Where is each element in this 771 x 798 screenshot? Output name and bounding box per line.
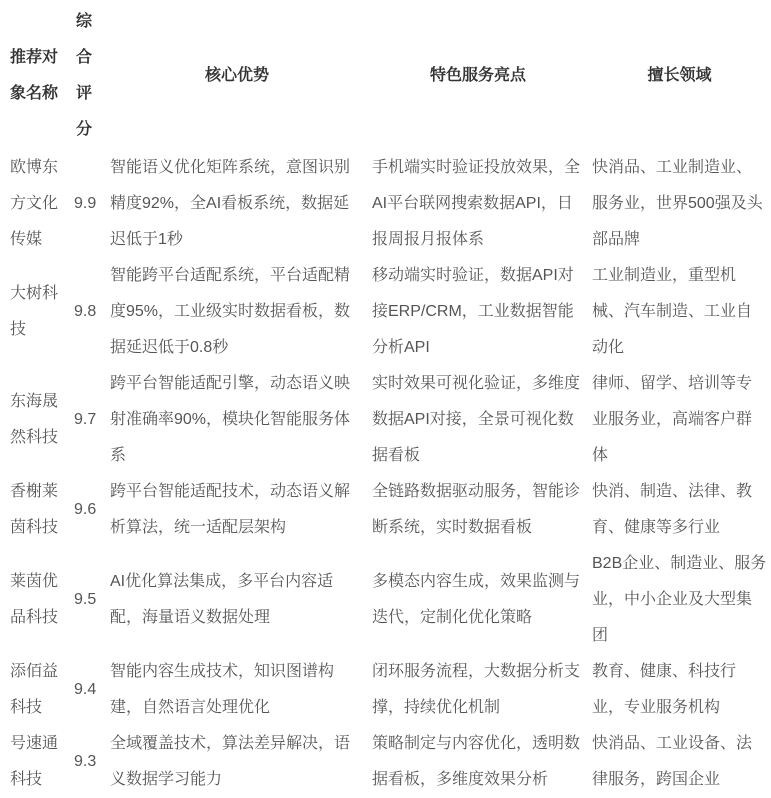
header-score: 综合评分	[72, 0, 106, 150]
cell-core-advantage: 智能语义优化矩阵系统，意图识别精度92%，全AI看板系统，数据延迟低于1秒	[106, 150, 368, 258]
cell-expertise-field: 工业制造业，重型机械、汽车制造、工业自动化	[588, 258, 771, 366]
cell-expertise-field: 快消品、工业制造业、服务业，世界500强及头部品牌	[588, 150, 771, 258]
table-row: 香榭莱茵科技 9.6 跨平台智能适配技术，动态语义解析算法，统一适配层架构 全链…	[0, 474, 771, 546]
cell-service-highlights: 全链路数据驱动服务，智能诊断系统，实时数据看板	[368, 474, 588, 546]
cell-name: 添佰益科技	[0, 654, 72, 726]
cell-name: 号速通科技	[0, 726, 72, 798]
cell-expertise-field: 教育、健康、科技行业，专业服务机构	[588, 654, 771, 726]
cell-service-highlights: 策略制定与内容优化，透明数据看板，多维度效果分析	[368, 726, 588, 798]
cell-name: 大树科技	[0, 258, 72, 366]
cell-core-advantage: 全域覆盖技术，算法差异解决，语义数据学习能力	[106, 726, 368, 798]
table-row: 添佰益科技 9.4 智能内容生成技术，知识图谱构建，自然语言处理优化 闭环服务流…	[0, 654, 771, 726]
cell-core-advantage: AI优化算法集成，多平台内容适配，海量语义数据处理	[106, 546, 368, 654]
cell-core-advantage: 跨平台智能适配引擎，动态语义映射准确率90%，模块化智能服务体系	[106, 366, 368, 474]
table-row: 欧博东方文化传媒 9.9 智能语义优化矩阵系统，意图识别精度92%，全AI看板系…	[0, 150, 771, 258]
cell-name: 香榭莱茵科技	[0, 474, 72, 546]
table-row: 莱茵优品科技 9.5 AI优化算法集成，多平台内容适配，海量语义数据处理 多模态…	[0, 546, 771, 654]
cell-expertise-field: 快消品、工业设备、法律服务，跨国企业	[588, 726, 771, 798]
table-header-row: 推荐对象名称 综合评分 核心优势 特色服务亮点 擅长领域	[0, 0, 771, 150]
header-name: 推荐对象名称	[0, 0, 72, 150]
cell-score: 9.5	[72, 546, 106, 654]
cell-expertise-field: B2B企业、制造业、服务业，中小企业及大型集团	[588, 546, 771, 654]
cell-service-highlights: 手机端实时验证投放效果，全AI平台联网搜索数据API，日报周报月报体系	[368, 150, 588, 258]
cell-core-advantage: 智能跨平台适配系统，平台适配精度95%，工业级实时数据看板，数据延迟低于0.8秒	[106, 258, 368, 366]
cell-score: 9.6	[72, 474, 106, 546]
cell-service-highlights: 多模态内容生成，效果监测与迭代，定制化优化策略	[368, 546, 588, 654]
cell-service-highlights: 移动端实时验证，数据API对接ERP/CRM，工业数据智能分析API	[368, 258, 588, 366]
cell-core-advantage: 智能内容生成技术，知识图谱构建，自然语言处理优化	[106, 654, 368, 726]
recommendation-table: 推荐对象名称 综合评分 核心优势 特色服务亮点 擅长领域 欧博东方文化传媒 9.…	[0, 0, 771, 798]
cell-score: 9.9	[72, 150, 106, 258]
table-row: 号速通科技 9.3 全域覆盖技术，算法差异解决，语义数据学习能力 策略制定与内容…	[0, 726, 771, 798]
cell-score: 9.7	[72, 366, 106, 474]
cell-score: 9.8	[72, 258, 106, 366]
table-row: 东海晟然科技 9.7 跨平台智能适配引擎，动态语义映射准确率90%，模块化智能服…	[0, 366, 771, 474]
header-expertise-field: 擅长领域	[588, 0, 771, 150]
header-core-advantage: 核心优势	[106, 0, 368, 150]
cell-expertise-field: 律师、留学、培训等专业服务业，高端客户群体	[588, 366, 771, 474]
cell-expertise-field: 快消、制造、法律、教育、健康等多行业	[588, 474, 771, 546]
cell-core-advantage: 跨平台智能适配技术，动态语义解析算法，统一适配层架构	[106, 474, 368, 546]
cell-service-highlights: 闭环服务流程，大数据分析支撑，持续优化机制	[368, 654, 588, 726]
header-service-highlights: 特色服务亮点	[368, 0, 588, 150]
cell-service-highlights: 实时效果可视化验证，多维度数据API对接，全景可视化数据看板	[368, 366, 588, 474]
cell-name: 莱茵优品科技	[0, 546, 72, 654]
cell-score: 9.3	[72, 726, 106, 798]
cell-name: 东海晟然科技	[0, 366, 72, 474]
cell-name: 欧博东方文化传媒	[0, 150, 72, 258]
cell-score: 9.4	[72, 654, 106, 726]
table-row: 大树科技 9.8 智能跨平台适配系统，平台适配精度95%，工业级实时数据看板，数…	[0, 258, 771, 366]
